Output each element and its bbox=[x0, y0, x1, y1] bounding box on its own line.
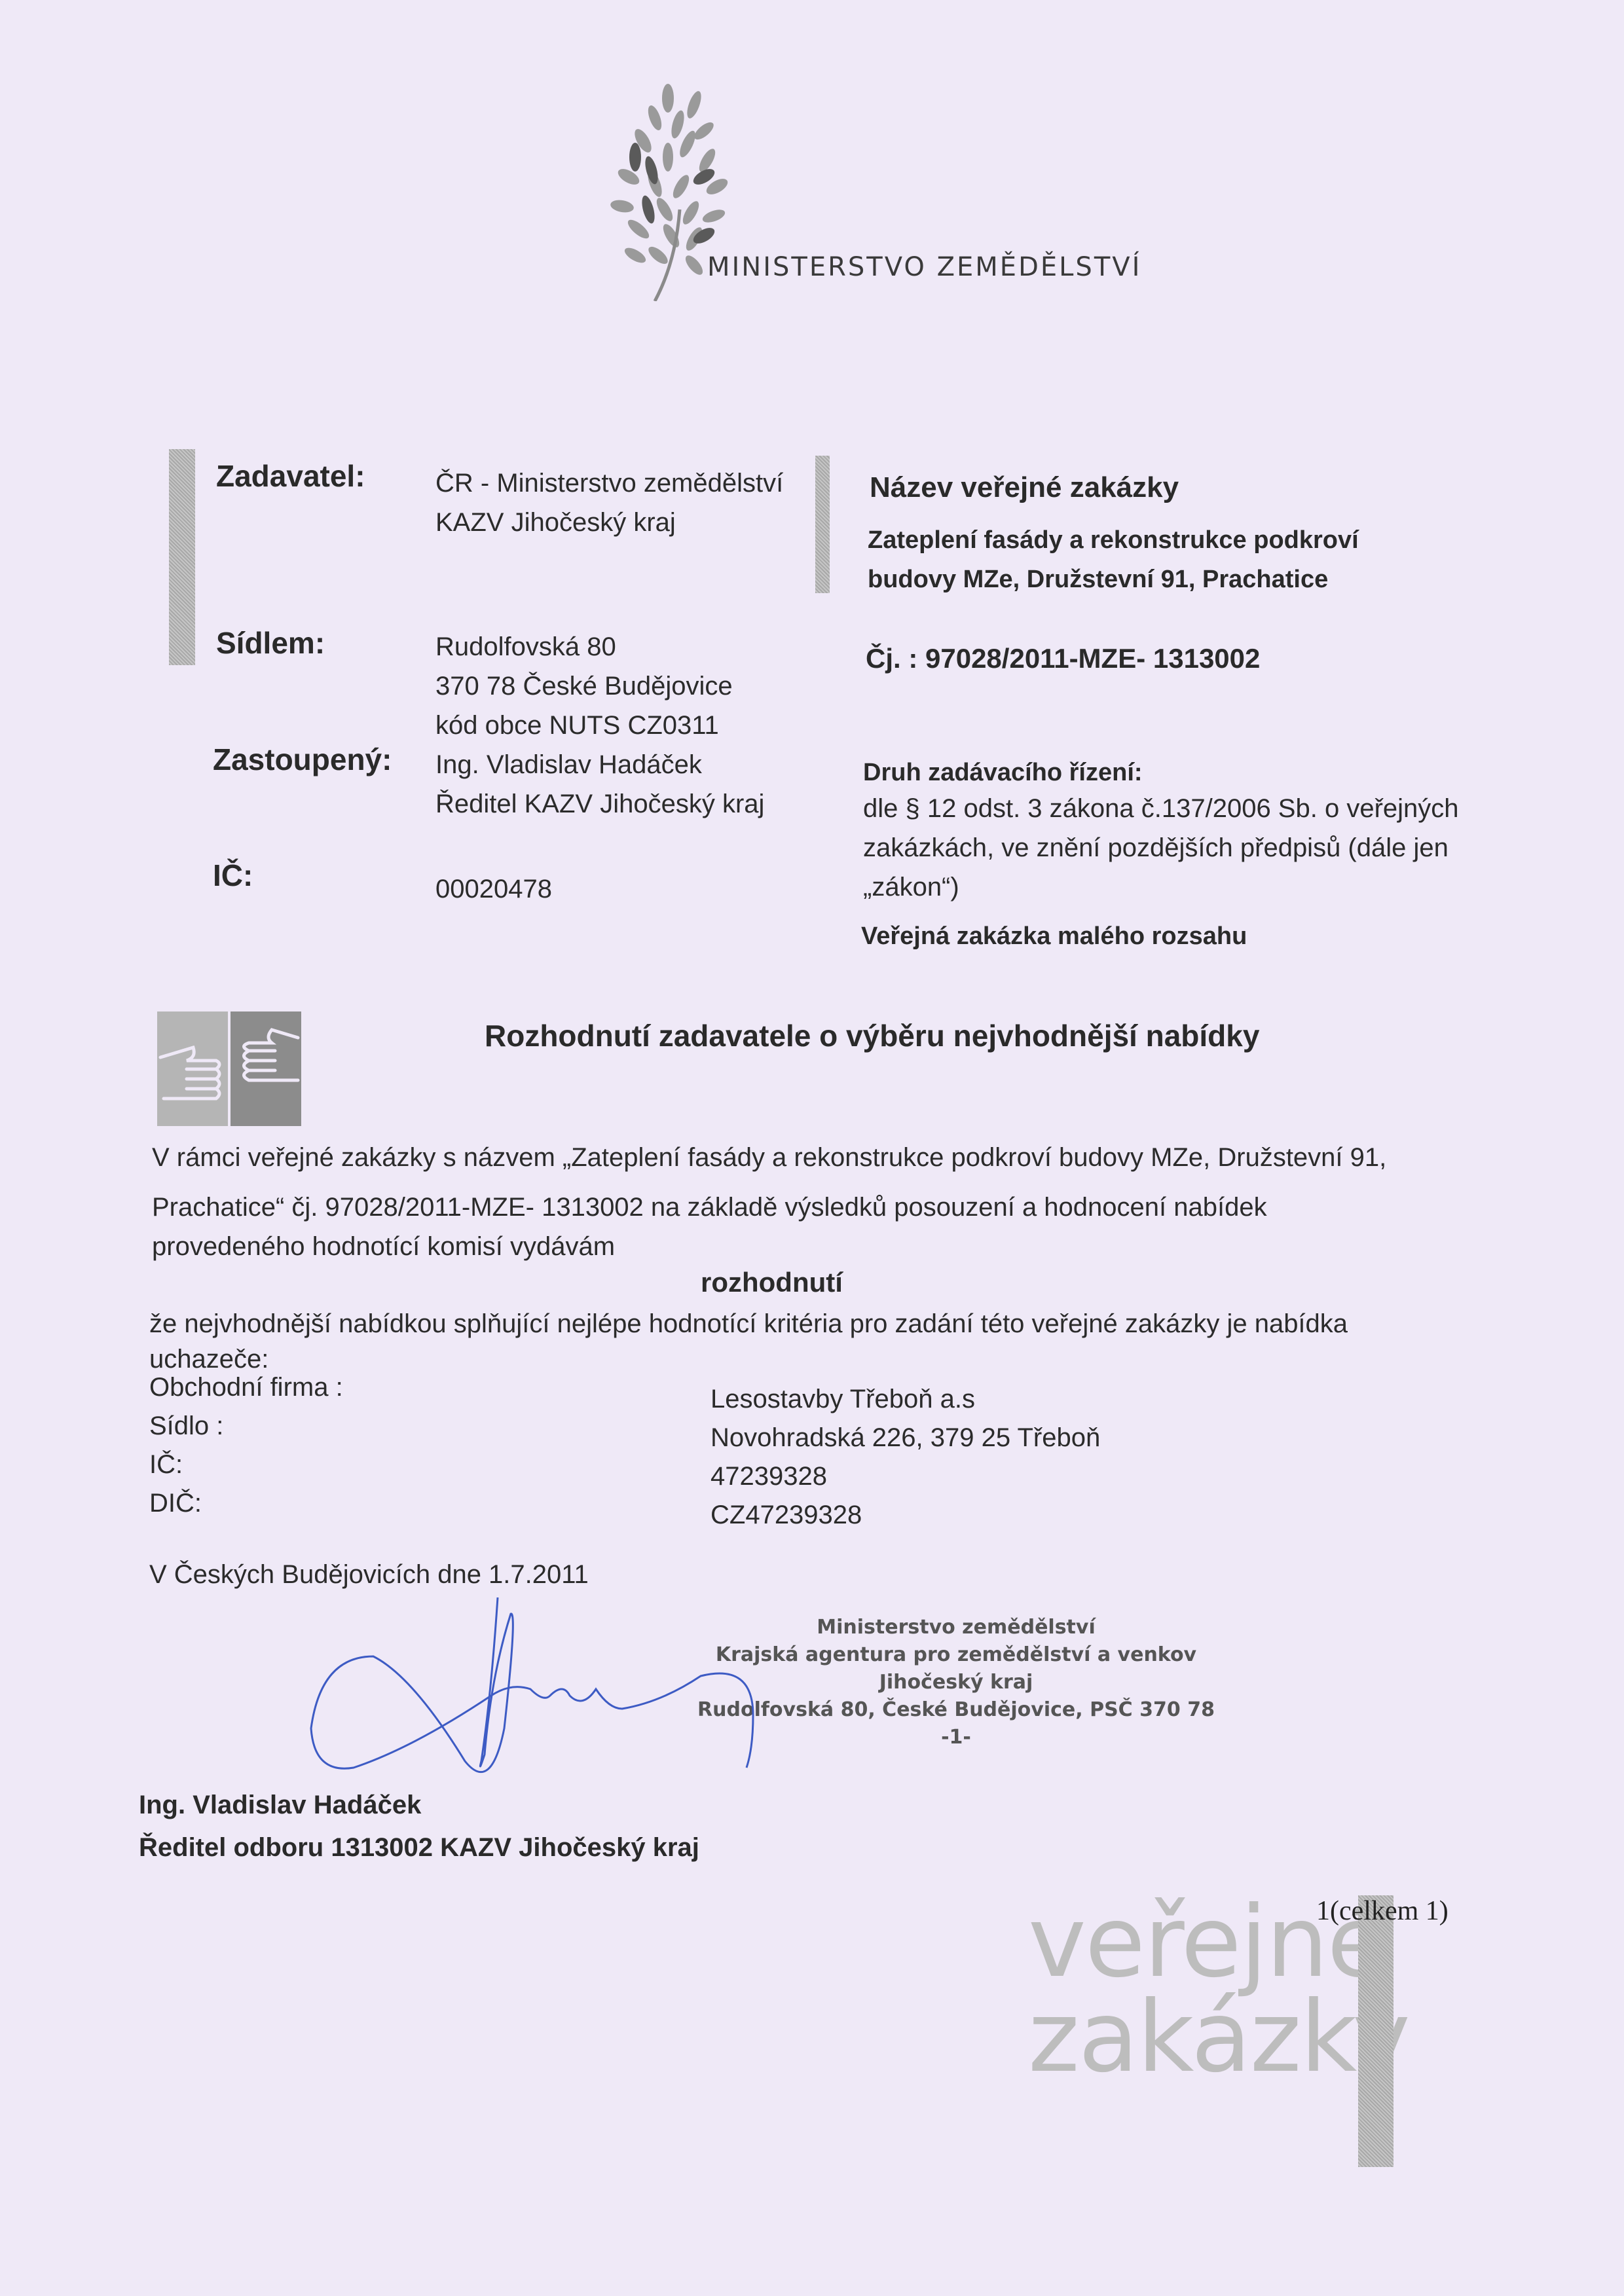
decision-intro: V rámci veřejné zakázky s názvem „Zatepl… bbox=[152, 1133, 1386, 1271]
label-ic: IČ: bbox=[213, 858, 253, 893]
page-counter: 1(celkem 1) bbox=[1316, 1895, 1449, 1927]
value-sidlem: Rudolfovská 80 370 78 České Budějovice k… bbox=[435, 627, 733, 745]
ministry-wordmark: MINISTERSTVO ZEMĚDĚLSTVÍ bbox=[707, 252, 1141, 282]
winner-values: Lesostavby Třeboň a.s Novohradská 226, 3… bbox=[710, 1380, 1100, 1535]
winner-label: IČ: bbox=[149, 1446, 343, 1484]
contract-name: Zateplení fasády a rekonstrukce podkroví… bbox=[868, 520, 1359, 599]
signatory-name: Ing. Vladislav Hadáček bbox=[139, 1791, 421, 1820]
winner-value: CZ47239328 bbox=[710, 1496, 1100, 1535]
signatory-title: Ředitel odboru 1313002 KAZV Jihočeský kr… bbox=[139, 1833, 699, 1863]
contract-name-line: budovy MZe, Družstevní 91, Prachatice bbox=[868, 560, 1359, 599]
handshake-icon bbox=[157, 1011, 301, 1126]
procedure-heading: Druh zadávacího řízení: bbox=[863, 753, 1143, 792]
decision-statement: že nejvhodnější nabídkou splňující nejlé… bbox=[149, 1306, 1348, 1377]
winner-value: 47239328 bbox=[710, 1457, 1100, 1496]
winner-label: Obchodní firma : bbox=[149, 1368, 343, 1407]
value-line: Ředitel KAZV Jihočeský kraj bbox=[435, 784, 764, 824]
contract-reference: Čj. : 97028/2011-MZE- 1313002 bbox=[866, 643, 1260, 674]
value-line: Rudolfovská 80 bbox=[435, 627, 733, 666]
watermark-line: zakázky bbox=[1028, 1990, 1409, 2085]
contract-name-line: Zateplení fasády a rekonstrukce podkroví bbox=[868, 520, 1359, 560]
procedure-line: dle § 12 odst. 3 zákona č.137/2006 Sb. o… bbox=[863, 789, 1459, 828]
winner-value: Novohradská 226, 379 25 Třeboň bbox=[710, 1419, 1100, 1457]
procedure-text: dle § 12 odst. 3 zákona č.137/2006 Sb. o… bbox=[863, 789, 1459, 907]
intro-line: V rámci veřejné zakázky s názvem „Zatepl… bbox=[152, 1133, 1386, 1182]
signature bbox=[295, 1597, 805, 1820]
value-zastoupeny: Ing. Vladislav Hadáček Ředitel KAZV Jiho… bbox=[435, 745, 764, 824]
decision-title: Rozhodnutí zadavatele o výběru nejvhodně… bbox=[485, 1018, 1259, 1053]
procedure-line: „zákon“) bbox=[863, 867, 1459, 907]
procedure-line: zakázkách, ve znění pozdějších předpisů … bbox=[863, 828, 1459, 867]
place-date: V Českých Budějovicích dne 1.7.2011 bbox=[149, 1555, 589, 1594]
procedure-type: Veřejná zakázka malého rozsahu bbox=[861, 917, 1247, 956]
value-line: ČR - Ministerstvo zemědělství bbox=[435, 464, 783, 503]
winner-label: Sídlo : bbox=[149, 1407, 343, 1446]
winner-label: DIČ: bbox=[149, 1484, 343, 1523]
value-line: KAZV Jihočeský kraj bbox=[435, 503, 783, 542]
label-zastoupeny: Zastoupený: bbox=[213, 742, 392, 777]
label-sidlem: Sídlem: bbox=[216, 625, 325, 661]
winner-value: Lesostavby Třeboň a.s bbox=[710, 1380, 1100, 1419]
value-line: Ing. Vladislav Hadáček bbox=[435, 745, 764, 784]
decorative-bar bbox=[1358, 1895, 1393, 2167]
value-line: 370 78 České Budějovice bbox=[435, 666, 733, 706]
winner-labels: Obchodní firma : Sídlo : IČ: DIČ: bbox=[149, 1368, 343, 1523]
decorative-bar bbox=[169, 449, 195, 665]
decision-word: rozhodnutí bbox=[701, 1267, 843, 1298]
value-line: kód obce NUTS CZ0311 bbox=[435, 706, 733, 745]
contract-heading: Název veřejné zakázky bbox=[870, 471, 1179, 504]
label-zadavatel: Zadavatel: bbox=[216, 458, 365, 494]
decorative-bar bbox=[815, 456, 830, 593]
value-zadavatel: ČR - Ministerstvo zemědělství KAZV Jihoč… bbox=[435, 464, 783, 542]
statement-line: že nejvhodnější nabídkou splňující nejlé… bbox=[149, 1306, 1348, 1341]
value-ic: 00020478 bbox=[435, 869, 552, 909]
